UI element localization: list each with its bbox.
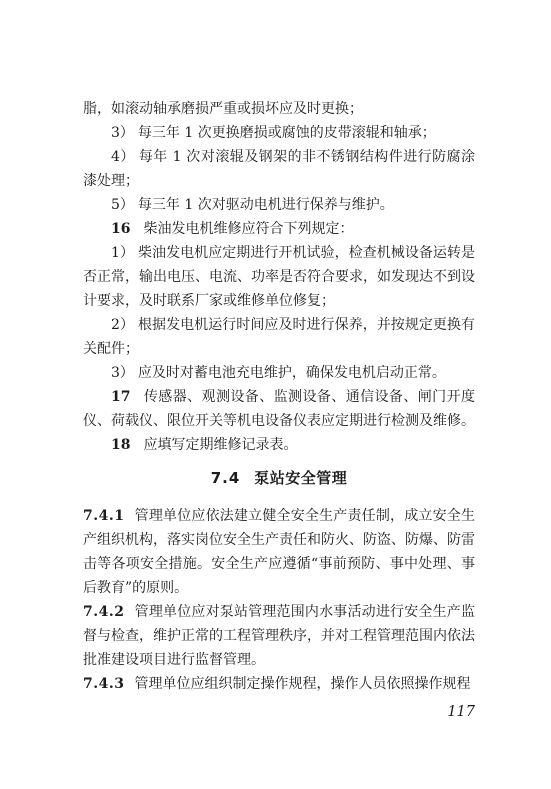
body-paragraph: 17传感器、观测设备、监测设备、通信设备、闸门开度仪、荷载仪、限位开关等机电设备… [83,385,475,433]
body-paragraph: 16柴油发电机维修应符合下列规定： [83,217,475,241]
body-paragraph: 5）每三年 1 次对驱动电机进行保养与维护。 [83,193,475,217]
article-number: 17 [111,389,130,405]
paragraph-text: 柴油发电机应定期进行开机试验，检查机械设备运转是否正常，输出电压、电流、功率是否… [83,245,475,309]
paragraph-text: 每年 1 次对滚辊及钢架的非不锈钢结构件进行防腐涂漆处理； [83,149,475,189]
body-paragraph: 2）根据发电机运行时间应及时进行保养，并按规定更换有关配件； [83,313,475,361]
paragraph-text: 应及时对蓄电池充电维护，确保发电机启动正常。 [138,365,446,381]
body-paragraph: 4）每年 1 次对滚辊及钢架的非不锈钢结构件进行防腐涂漆处理； [83,145,475,193]
clause-paragraph: 7.4.2管理单位应对泵站管理范围内水事活动进行安全生产监督与检查，维护正常的工… [83,600,475,672]
list-marker: 4） [111,149,135,165]
paragraph-text: 每三年 1 次对驱动电机进行保养与维护。 [138,197,394,213]
section-heading: 7.4泵站安全管理 [83,466,475,490]
body-paragraph: 3）每三年 1 次更换磨损或腐蚀的皮带滚辊和轴承； [83,121,475,145]
article-number: 16 [111,221,130,237]
clause-number: 7.4.2 [83,604,124,620]
body-paragraph: 脂，如滚动轴承磨损严重或损坏应及时更换； [83,97,475,121]
clause-paragraph: 7.4.3管理单位应组织制定操作规程，操作人员依照操作规程 [83,672,475,696]
document-page: 脂，如滚动轴承磨损严重或损坏应及时更换； 3）每三年 1 次更换磨损或腐蚀的皮带… [0,0,551,789]
section-number: 7.4 [211,469,241,487]
list-marker: 2） [111,317,134,333]
clause-text: 管理单位应依法建立健全安全生产责任制，成立安全生产组织机构，落实岗位安全生产责任… [83,508,475,596]
clause-number: 7.4.1 [83,508,124,524]
list-marker: 3） [111,365,134,381]
article-number: 18 [111,437,130,453]
body-paragraph: 3）应及时对蓄电池充电维护，确保发电机启动正常。 [83,361,475,385]
list-marker: 5） [111,197,134,213]
body-paragraph: 18应填写定期维修记录表。 [83,433,475,457]
body-paragraph: 1）柴油发电机应定期进行开机试验，检查机械设备运转是否正常，输出电压、电流、功率… [83,241,475,313]
clause-number: 7.4.3 [83,676,124,692]
page-number: 117 [83,700,475,724]
clause-paragraph: 7.4.1管理单位应依法建立健全安全生产责任制，成立安全生产组织机构，落实岗位安… [83,504,475,600]
paragraph-text: 每三年 1 次更换磨损或腐蚀的皮带滚辊和轴承； [138,125,436,141]
clause-text: 管理单位应对泵站管理范围内水事活动进行安全生产监督与检查，维护正常的工程管理秩序… [83,604,475,668]
paragraph-text: 应填写定期维修记录表。 [143,437,297,453]
paragraph-text: 脂，如滚动轴承磨损严重或损坏应及时更换； [83,101,363,117]
list-marker: 1） [111,245,134,261]
section-title: 泵站安全管理 [254,469,347,487]
paragraph-text: 柴油发电机维修应符合下列规定： [143,221,353,237]
paragraph-text: 根据发电机运行时间应及时进行保养，并按规定更换有关配件； [83,317,475,357]
clause-text: 管理单位应组织制定操作规程，操作人员依照操作规程 [134,676,470,692]
paragraph-text: 传感器、观测设备、监测设备、通信设备、闸门开度仪、荷载仪、限位开关等机电设备仪表… [83,389,475,429]
list-marker: 3） [111,125,134,141]
text-content: 脂，如滚动轴承磨损严重或损坏应及时更换； 3）每三年 1 次更换磨损或腐蚀的皮带… [83,97,475,724]
